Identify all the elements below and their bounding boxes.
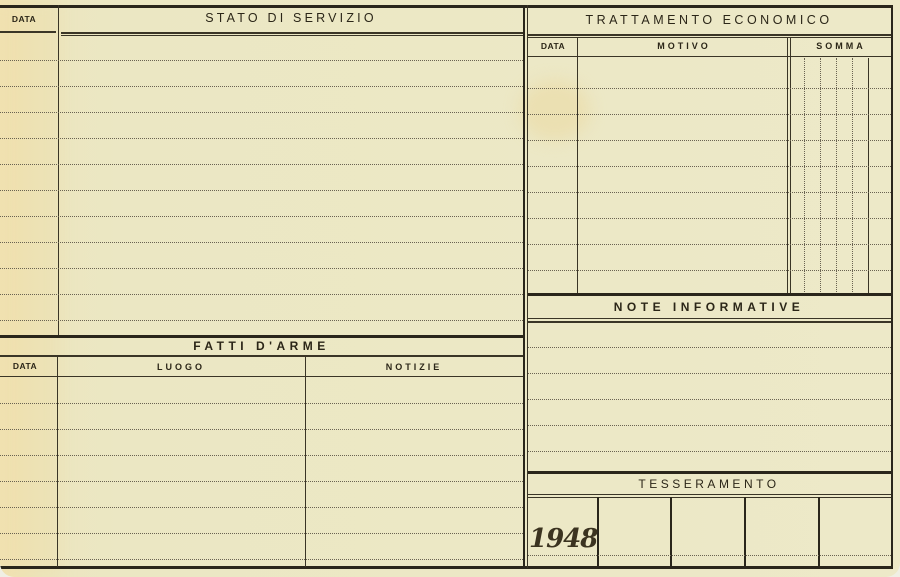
fatti-notizie-header: NOTIZIE — [306, 362, 522, 372]
bottom-border — [0, 566, 893, 569]
fatti-darme-title: FATTI D'ARME — [0, 339, 523, 353]
note-informative-title: NOTE INFORMATIVE — [528, 300, 890, 314]
trattamento-data-header: DATA — [528, 41, 578, 51]
trattamento-economico-title: TRATTAMENTO ECONOMICO — [528, 13, 890, 27]
stato-column-divider — [58, 5, 59, 336]
fatti-luogo-header: LUOGO — [58, 362, 304, 372]
tesseramento-title: TESSERAMENTO — [528, 477, 890, 491]
fatti-data-header: DATA — [0, 361, 50, 371]
stato-di-servizio-title: STATO DI SERVIZIO — [58, 11, 524, 25]
top-border — [0, 5, 893, 8]
center-divider — [523, 5, 525, 568]
service-record-card: DATA STATO DI SERVIZIO FATTI D'ARME DATA… — [0, 0, 900, 577]
tesseramento-year-1948: 1948 — [529, 524, 597, 554]
right-border — [891, 5, 893, 568]
trattamento-motivo-header: MOTIVO — [580, 41, 788, 51]
stato-data-header: DATA — [0, 14, 48, 24]
trattamento-somma-header: SOMMA — [792, 41, 890, 51]
